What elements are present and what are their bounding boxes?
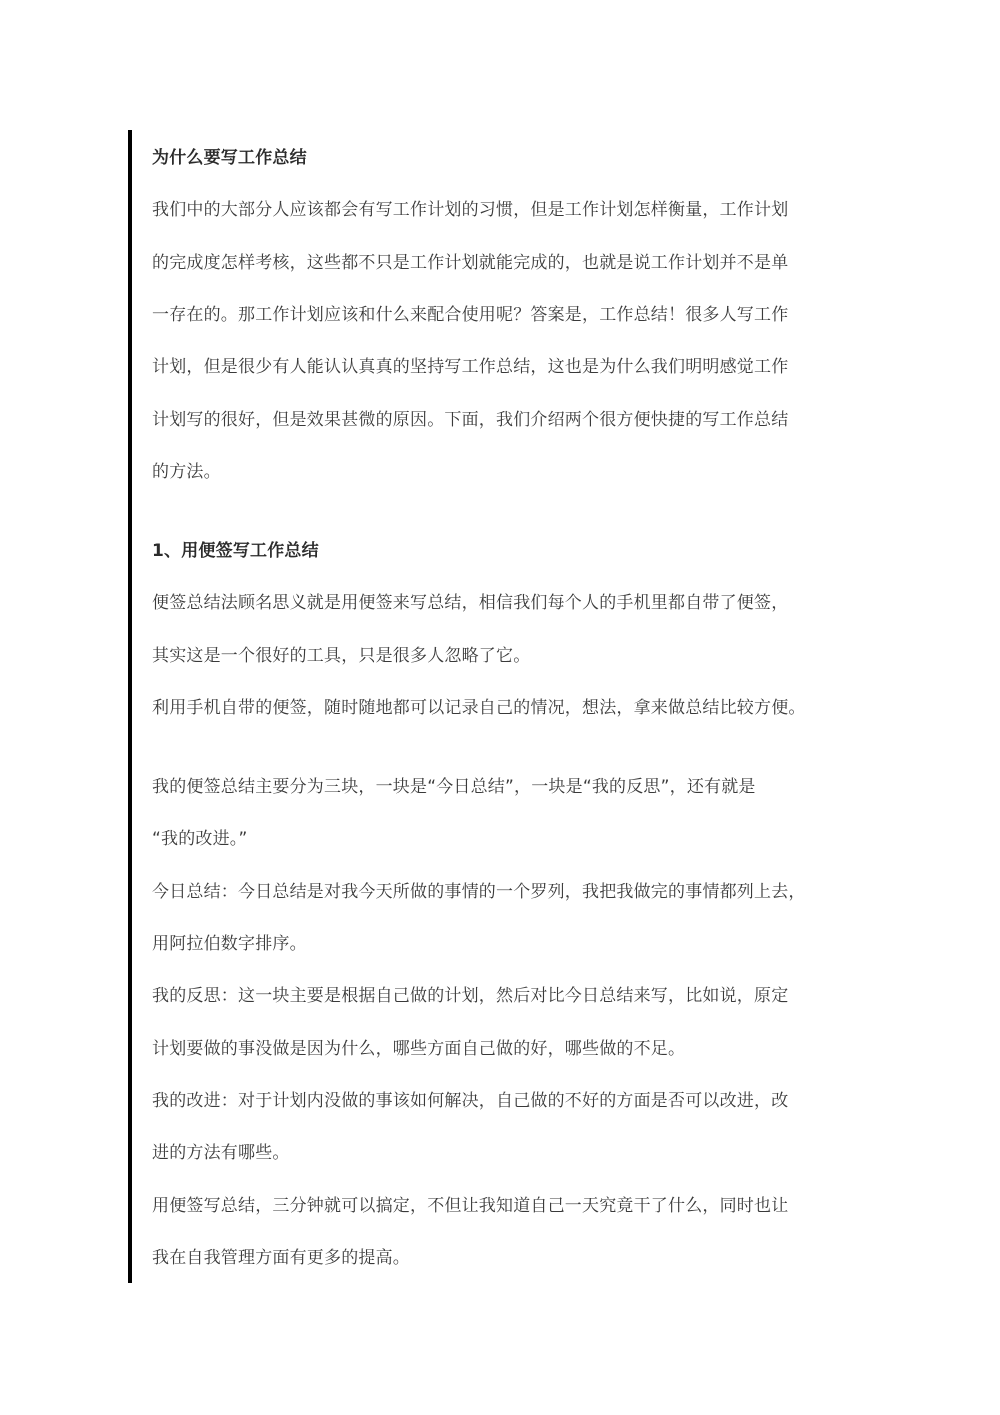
paragraph-line: 我的便签总结主要分为三块，一块是“今日总结”，一块是“我的反思”，还有就是 xyxy=(152,775,756,799)
paragraph-line: 的完成度怎样考核，这些都不只是工作计划就能完成的，也就是说工作计划并不是单 xyxy=(152,251,788,275)
paragraph-line: 用阿拉伯数字排序。 xyxy=(152,932,307,956)
paragraph-line: 利用手机自带的便签，随时随地都可以记录自己的情况，想法，拿来做总结比较方便。 xyxy=(152,696,806,720)
paragraph-line: 计划写的很好，但是效果甚微的原因。下面，我们介绍两个很方便快捷的写工作总结 xyxy=(152,408,788,432)
section-heading-sticky-notes: 1、用便签写工作总结 xyxy=(152,539,319,563)
section-heading-why: 为什么要写工作总结 xyxy=(152,146,307,170)
blockquote-bar xyxy=(128,130,132,1283)
paragraph-line: 今日总结：今日总结是对我今天所做的事情的一个罗列，我把我做完的事情都列上去， xyxy=(152,880,806,904)
paragraph-line: 的方法。 xyxy=(152,460,221,484)
paragraph-line: 其实这是一个很好的工具，只是很多人忽略了它。 xyxy=(152,644,530,668)
paragraph-line: 计划，但是很少有人能认认真真的坚持写工作总结，这也是为什么我们明明感觉工作 xyxy=(152,355,788,379)
paragraph-line: 计划要做的事没做是因为什么，哪些方面自己做的好，哪些做的不足。 xyxy=(152,1037,685,1061)
paragraph-line: “我的改进。” xyxy=(152,827,248,851)
paragraph-line: 用便签写总结，三分钟就可以搞定，不但让我知道自己一天究竟干了什么，同时也让 xyxy=(152,1194,788,1218)
paragraph-line: 我的反思：这一块主要是根据自己做的计划，然后对比今日总结来写，比如说，原定 xyxy=(152,984,788,1008)
paragraph-line: 便签总结法顾名思义就是用便签来写总结，相信我们每个人的手机里都自带了便签， xyxy=(152,591,788,615)
paragraph-line: 进的方法有哪些。 xyxy=(152,1141,290,1165)
paragraph-line: 一存在的。那工作计划应该和什么来配合使用呢？答案是，工作总结！很多人写工作 xyxy=(152,303,788,327)
paragraph-line: 我的改进：对于计划内没做的事该如何解决，自己做的不好的方面是否可以改进，改 xyxy=(152,1089,788,1113)
paragraph-line: 我在自我管理方面有更多的提高。 xyxy=(152,1246,410,1270)
paragraph-line: 我们中的大部分人应该都会有写工作计划的习惯，但是工作计划怎样衡量，工作计划 xyxy=(152,198,788,222)
